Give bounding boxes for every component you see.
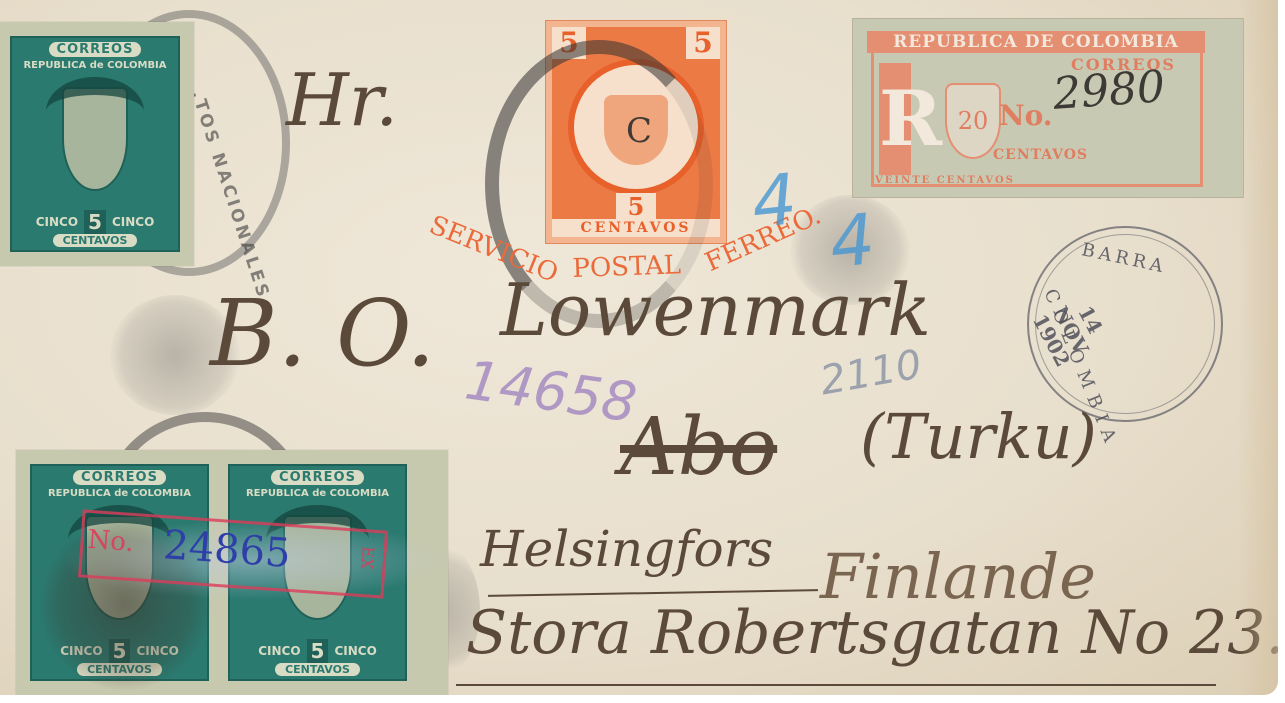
registration-label: REPUBLICA DE COLOMBIA CORREOS R 20 No. 2… — [852, 18, 1244, 198]
stamp-value-right: CINCO — [334, 644, 376, 658]
stamp-currency: CENTAVOS — [275, 663, 360, 676]
indicium-corner-value-right: 5 — [686, 27, 720, 59]
handstamp-number: 24865 — [162, 522, 292, 577]
stamp-country: REPUBLICA de COLOMBIA — [48, 488, 191, 499]
address-city-struck: Abo — [620, 400, 777, 493]
stamp-value-left: CINCO — [36, 215, 78, 229]
pencil-note-purple: 14658 — [461, 348, 640, 434]
underline-street — [456, 684, 1216, 686]
eagle-shield-icon — [37, 77, 153, 204]
stamp-green-top-left: CORREOS REPUBLICA de COLOMBIA CINCO 5 CI… — [0, 22, 194, 266]
address-surname: Lowenmark — [500, 268, 931, 352]
address-city-2-struck: Helsingfors — [480, 520, 773, 578]
stamp-value-left: CINCO — [258, 644, 300, 658]
reg-label-footer: VEINTE CENTAVOS — [875, 175, 1015, 186]
postmark-barranquilla: BARRA COLOMBIA 14 NOV 1902 — [1027, 226, 1223, 422]
postmark-date: 14 NOV 1902 — [1029, 290, 1113, 370]
stamp-header: CORREOS — [73, 470, 166, 485]
strike-line-helsingfors — [488, 589, 818, 597]
stamp-country: REPUBLICA de COLOMBIA — [23, 60, 166, 71]
stamp-currency: CENTAVOS — [53, 234, 138, 247]
reg-label-letter: R — [879, 63, 911, 175]
reg-label-currency: CENTAVOS — [993, 147, 1088, 163]
reg-label-title: REPUBLICA DE COLOMBIA — [867, 31, 1205, 53]
handstamp-suffix: EX — [357, 546, 378, 570]
stamp-country: REPUBLICA de COLOMBIA — [246, 488, 389, 499]
stamp-value-right: CINCO — [112, 215, 154, 229]
address-city-alt: (Turku) — [860, 400, 1097, 473]
blue-crayon-mark-1: 4 — [748, 158, 801, 244]
reg-label-no: No. — [999, 99, 1053, 132]
envelope: ...TOS NACIONALES CORREOS REPUBLICA de C… — [0, 0, 1278, 695]
stamp-value-number: 5 — [307, 639, 329, 663]
address-salutation: Hr. — [286, 58, 398, 142]
handstamp-no: No. — [87, 525, 135, 558]
stamp-header: CORREOS — [271, 470, 364, 485]
postmark-town: BARRA — [1080, 239, 1169, 277]
stamp-header: CORREOS — [49, 42, 142, 57]
reg-label-handwritten-number: 2980 — [1051, 61, 1166, 120]
address-street: Stora Robertsgatan No 23. — [466, 598, 1278, 668]
stamp-value-number: 5 — [84, 210, 106, 234]
address-initials: B. O. — [210, 280, 435, 387]
